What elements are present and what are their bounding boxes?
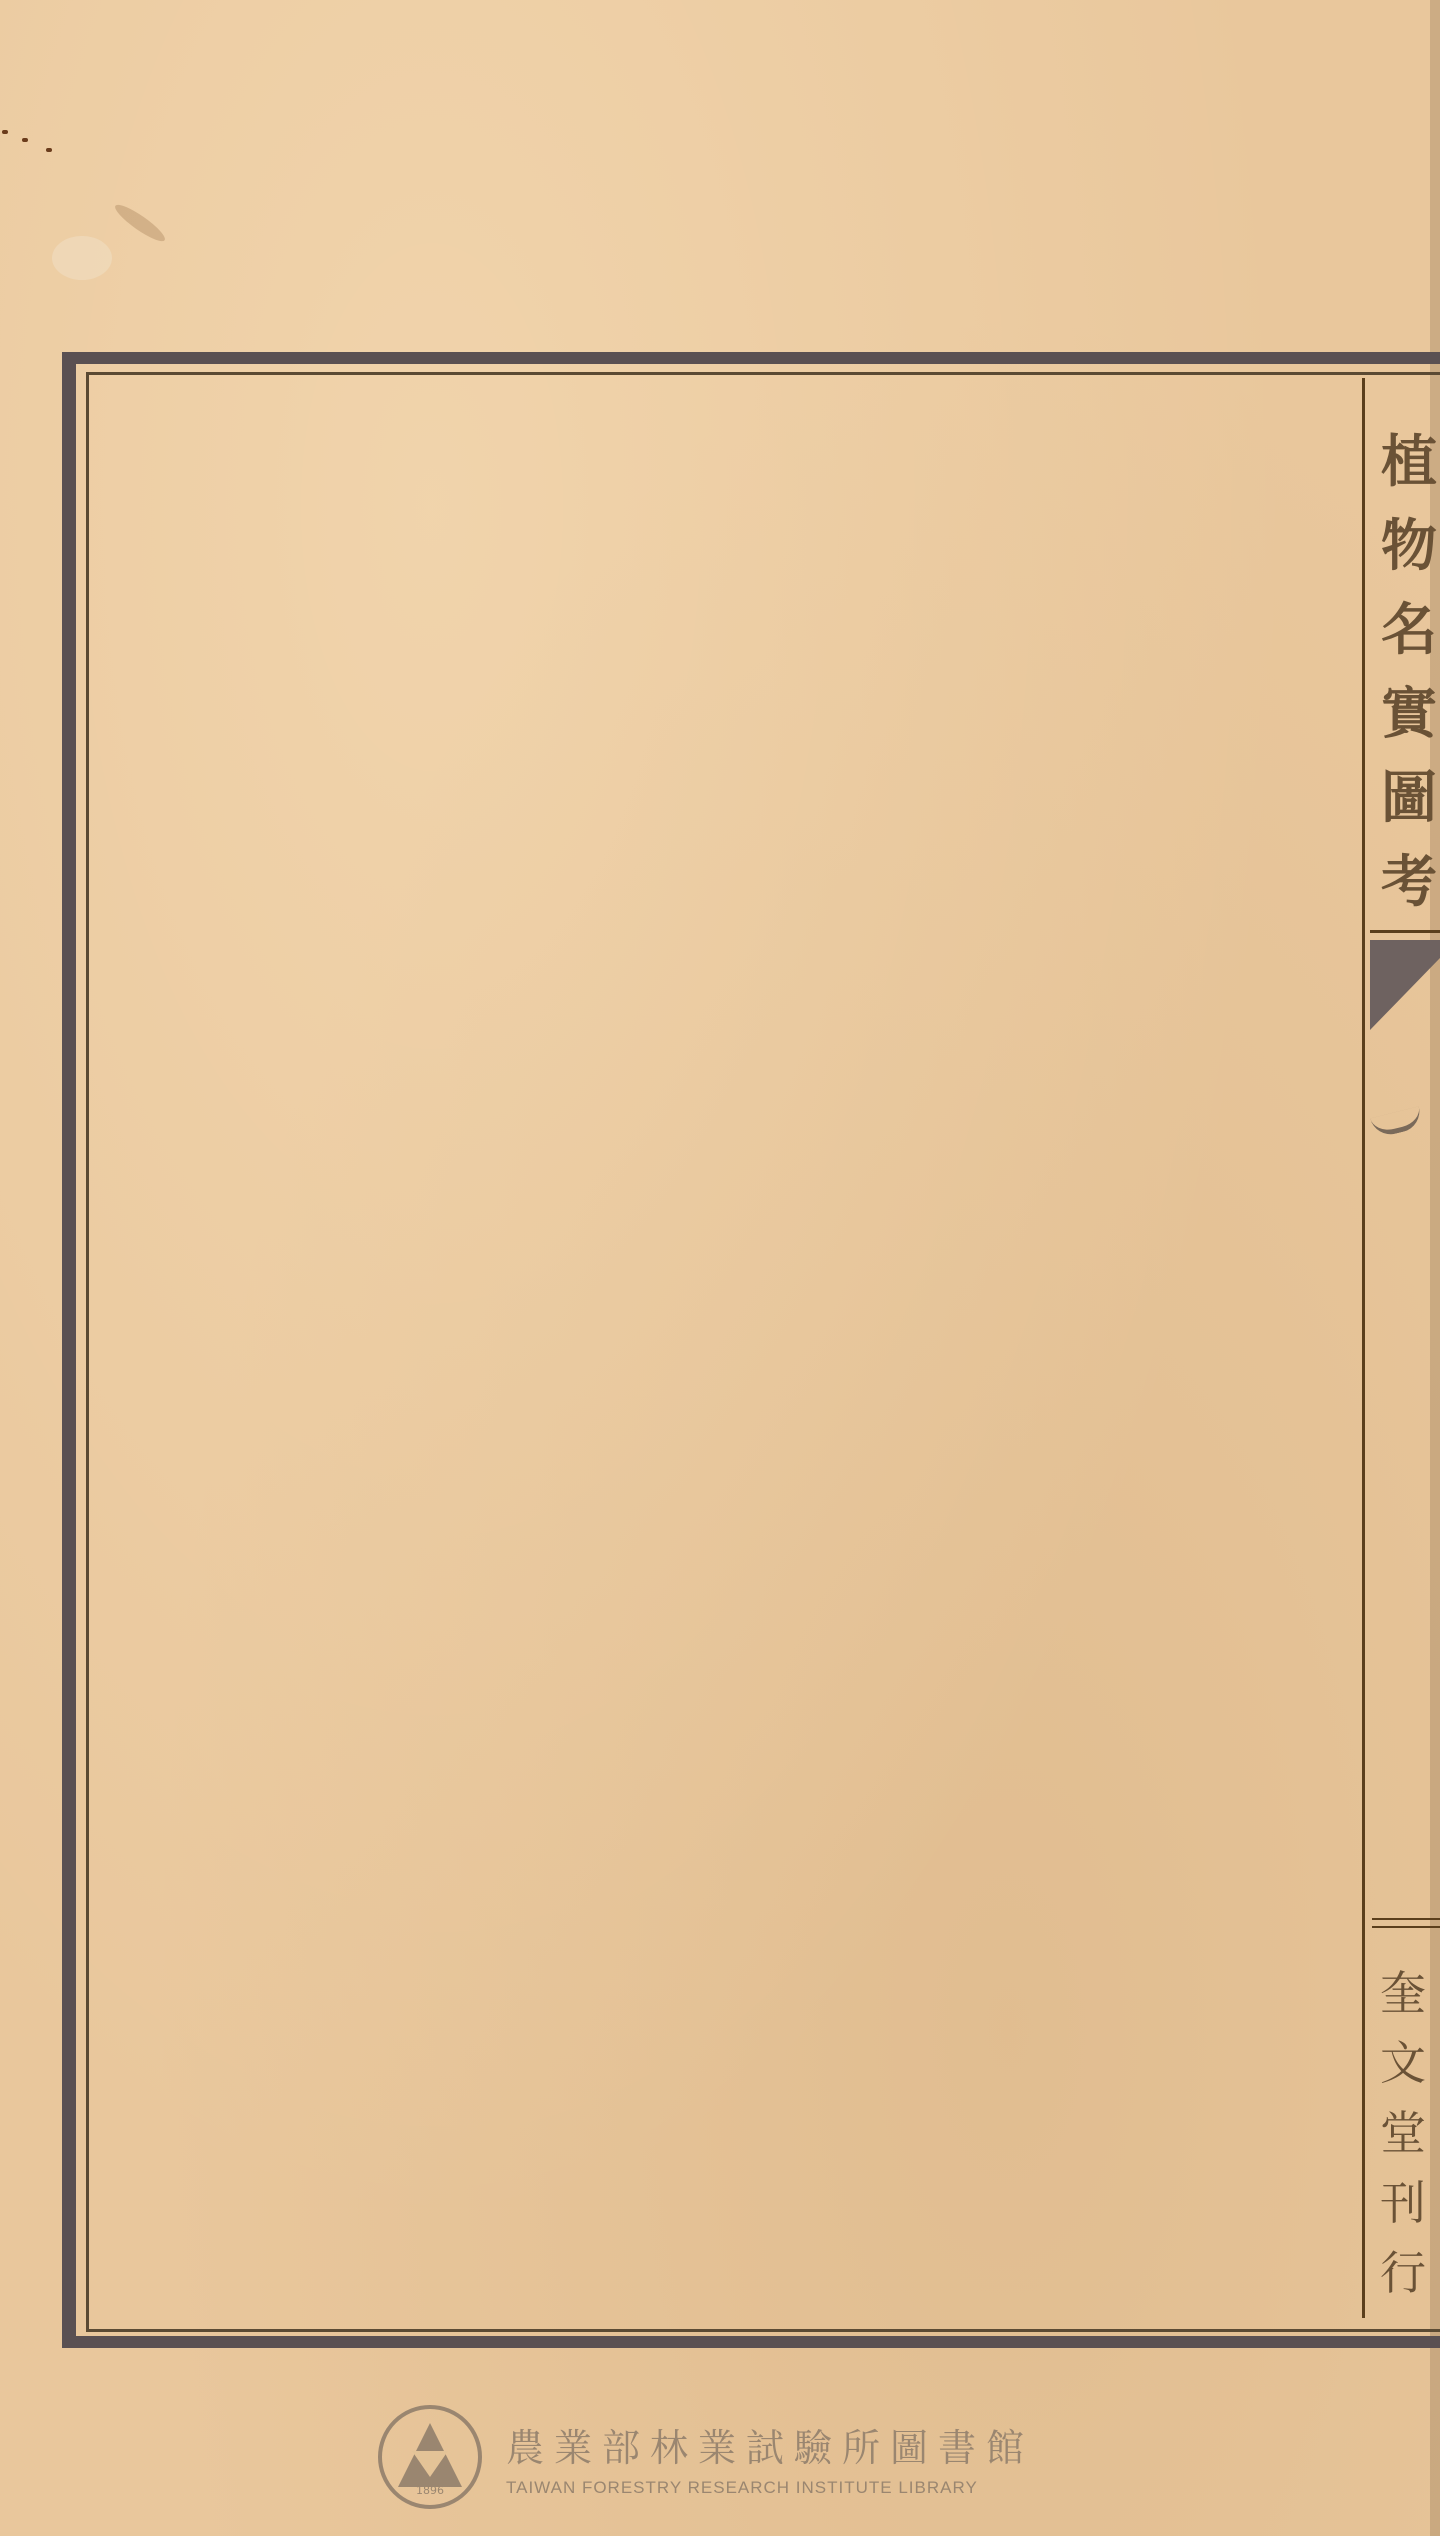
title-char: 植 [1381, 420, 1437, 504]
library-watermark: 1896 農業部林業試驗所圖書館 TAIWAN FORESTRY RESEARC… [378, 2402, 1098, 2512]
paper-stain [52, 236, 112, 280]
publisher-imprint: 奎 文 堂 刊 行 [1372, 1958, 1434, 2308]
inner-border [86, 372, 1440, 2332]
library-name-english: TAIWAN FORESTRY RESEARCH INSTITUTE LIBRA… [506, 2478, 1034, 2498]
title-char: 實 [1381, 672, 1437, 756]
column-divider [1362, 378, 1365, 2318]
ink-spots [0, 130, 60, 170]
publisher-char: 行 [1380, 2238, 1426, 2308]
book-title: 植 物 名 實 圖 考 [1378, 420, 1440, 924]
publisher-char: 文 [1380, 2028, 1426, 2098]
title-char: 考 [1381, 840, 1437, 924]
title-char: 名 [1381, 588, 1437, 672]
publisher-rule [1372, 1918, 1440, 1920]
paper-stain [111, 200, 168, 246]
title-char: 物 [1381, 504, 1437, 588]
title-char: 圖 [1381, 756, 1437, 840]
library-name-chinese: 農業部林業試驗所圖書館 [506, 2417, 1034, 2472]
seal-year: 1896 [382, 2484, 478, 2497]
publisher-char: 刊 [1380, 2168, 1426, 2238]
library-seal-icon: 1896 [378, 2405, 482, 2509]
fishtail-rule [1370, 930, 1440, 933]
publisher-char: 奎 [1380, 1958, 1426, 2028]
publisher-rule [1372, 1926, 1440, 1928]
publisher-char: 堂 [1380, 2098, 1426, 2168]
